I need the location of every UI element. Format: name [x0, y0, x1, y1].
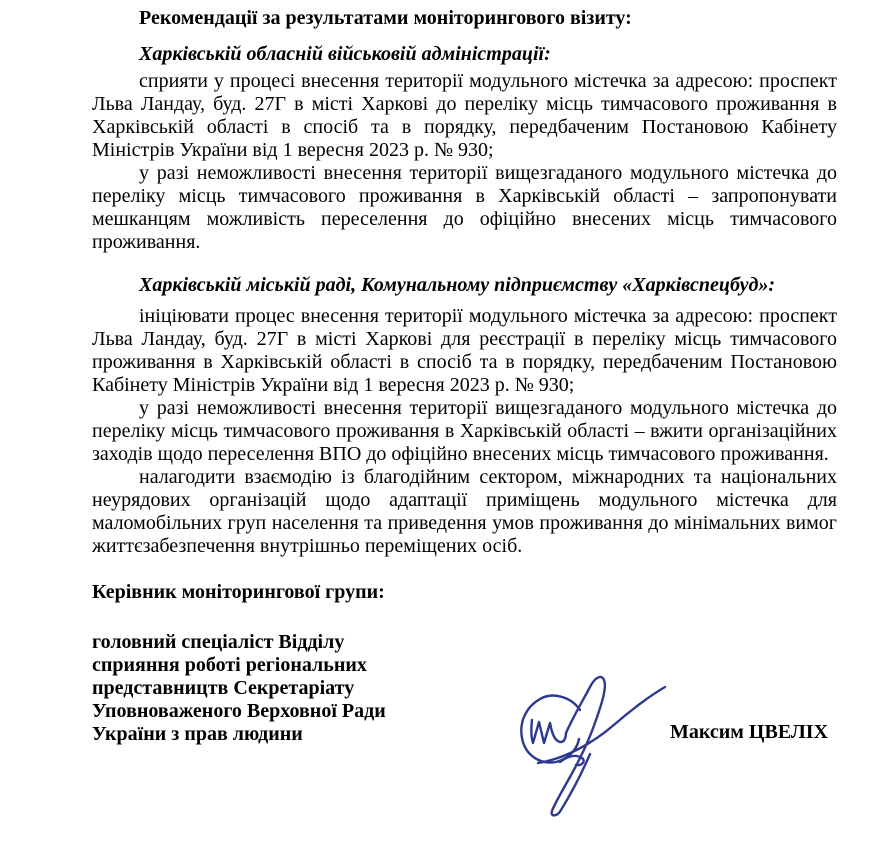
- signature-ink-icon: [502, 657, 672, 829]
- document-title: Рекомендації за результатами моніторинго…: [92, 7, 837, 30]
- signature-lead-label: Керівник моніторингової групи:: [92, 581, 837, 604]
- signatory-position-line: представництв Секретаріату: [92, 677, 837, 700]
- signatory-name: Максим ЦВЕЛІХ: [670, 721, 828, 744]
- section-heading-oblast-administration: Харківській обласній військовій адмініст…: [92, 43, 837, 66]
- signatory-position-line: головний спеціаліст Відділу: [92, 631, 837, 654]
- paragraph-oblast-2: у разі неможливості внесення території в…: [92, 162, 837, 254]
- paragraph-city-3: налагодити взаємодію із благодійним сект…: [92, 466, 837, 558]
- paragraph-city-1: ініціювати процес внесення території мод…: [92, 305, 837, 397]
- signatory-position-line: сприяння роботі регіональних: [92, 654, 837, 677]
- signature-block: головний спеціаліст Відділу сприяння роб…: [92, 631, 837, 829]
- document-page: Рекомендації за результатами моніторинго…: [0, 0, 888, 851]
- section-heading-city-council: Харківській міській раді, Комунальному п…: [92, 274, 837, 297]
- paragraph-city-2: у разі неможливості внесення території в…: [92, 397, 837, 466]
- paragraph-oblast-1: сприяти у процесі внесення території мод…: [92, 70, 837, 162]
- signatory-position-line: Уповноваженого Верховної Ради: [92, 700, 837, 723]
